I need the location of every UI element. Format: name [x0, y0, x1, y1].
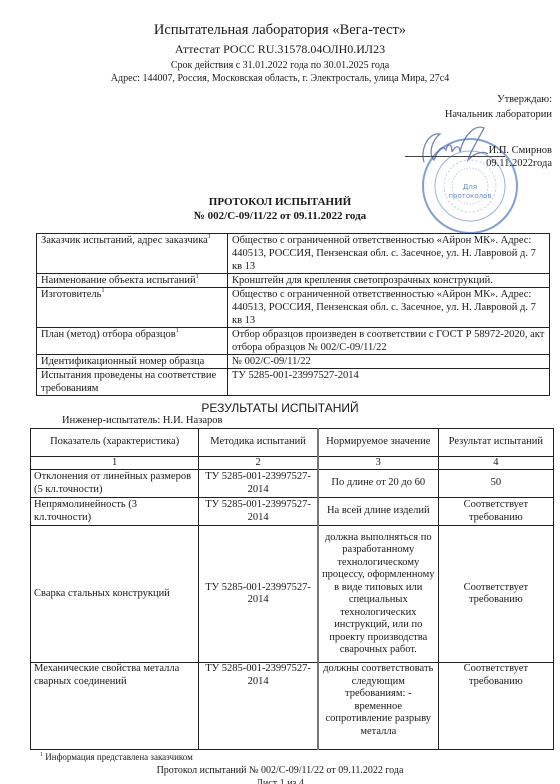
info-label: Идентификационный номер образца: [37, 355, 228, 369]
cell-result: Соответствует требованию: [438, 526, 553, 663]
info-row: План (метод) отбора образцов1Отбор образ…: [37, 328, 550, 355]
column-number: 3: [318, 457, 438, 470]
cell-indicator: Отклонения от линейных размеров (5 кл.то…: [31, 470, 199, 498]
cell-method: ТУ 5285-001-23997527-2014: [199, 663, 318, 750]
info-row: Заказчик испытаний, адрес заказчика1Обще…: [37, 234, 550, 274]
approver-name: И.П. Смирнов: [489, 145, 552, 156]
info-value: ТУ 5285-001-23997527-2014: [228, 369, 550, 396]
header-norm: Нормируемое значение: [318, 429, 438, 457]
info-value: № 002/С-09/11/22: [228, 355, 550, 369]
cell-method: ТУ 5285-001-23997527-2014: [199, 526, 318, 663]
info-value: Общество с ограниченной ответственностью…: [228, 234, 550, 274]
column-numbers-row: 1 2 3 4: [31, 457, 554, 470]
info-label-text: План (метод) отбора образцов: [41, 329, 176, 340]
header-indicator: Показатель (характеристика): [31, 429, 199, 457]
info-label: Изготовитель1: [37, 288, 228, 328]
cell-norm: должна выполняться по разработанному тех…: [318, 526, 438, 663]
info-label: Наименование объекта испытаний1: [37, 274, 228, 288]
attestat-number: Аттестат РОСС RU.31578.04ОЛН0.ИЛ23: [0, 42, 560, 57]
protocol-title: ПРОТОКОЛ ИСПЫТАНИЙ: [0, 196, 560, 208]
footnote-mark: 1: [208, 234, 211, 240]
cell-method: ТУ 5285-001-23997527-2014: [199, 470, 318, 498]
cell-indicator: Механические свойства металла сварных со…: [31, 663, 199, 750]
cell-indicator: Сварка стальных конструкций: [31, 526, 199, 663]
protocol-number: № 002/С-09/11/22 от 09.11.2022 года: [0, 210, 560, 222]
header-method: Методика испытаний: [199, 429, 318, 457]
cell-norm: На всей длине изделий: [318, 498, 438, 526]
approval-date: 09.11.2022года: [486, 158, 552, 169]
info-label-text: Испытания проведены на соответствие треб…: [41, 370, 216, 394]
page-number: Лист 1 из 4: [0, 778, 560, 784]
approval-label: Утверждаю:: [497, 94, 552, 105]
svg-text:Для: Для: [463, 183, 477, 191]
info-row: Наименование объекта испытаний1Кронштейн…: [37, 274, 550, 288]
table-row: Механические свойства металла сварных со…: [31, 663, 554, 750]
cell-result: Соответствует требованию: [438, 663, 553, 750]
info-value: Кронштейн для крепления светопрозрачных …: [228, 274, 550, 288]
table-header-row: Показатель (характеристика) Методика исп…: [31, 429, 554, 457]
info-label: План (метод) отбора образцов1: [37, 328, 228, 355]
info-label-text: Наименование объекта испытаний: [41, 275, 196, 286]
info-value: Отбор образцов произведен в соответствии…: [228, 328, 550, 355]
column-number: 1: [31, 457, 199, 470]
footnote-mark: 1: [40, 752, 43, 758]
column-number: 4: [438, 457, 553, 470]
engineer-name: Инженер-испытатель: Н.И. Назаров: [62, 415, 222, 426]
cell-result: Соответствует требованию: [438, 498, 553, 526]
info-label: Испытания проведены на соответствие треб…: [37, 369, 228, 396]
signature-line: [405, 156, 505, 157]
header-result: Результат испытаний: [438, 429, 553, 457]
info-table: Заказчик испытаний, адрес заказчика1Обще…: [36, 233, 550, 396]
lab-name: Испытательная лаборатория «Вега-тест»: [0, 22, 560, 39]
column-number: 2: [199, 457, 318, 470]
table-row: Сварка стальных конструкцийТУ 5285-001-2…: [31, 526, 554, 663]
cell-norm: По длине от 20 до 60: [318, 470, 438, 498]
footnote-text: Информация представлена заказчиком: [45, 752, 193, 762]
footnote: 1 Информация представлена заказчиком: [40, 752, 193, 762]
cell-method: ТУ 5285-001-23997527-2014: [199, 498, 318, 526]
results-title: РЕЗУЛЬТАТЫ ИСПЫТАНИЙ: [0, 401, 560, 415]
footnote-divider: [40, 749, 170, 750]
cell-norm: должны соответствовать следующим требова…: [318, 663, 438, 750]
approver-role: Начальник лаборатории: [445, 109, 552, 120]
info-label-text: Заказчик испытаний, адрес заказчика: [41, 235, 208, 246]
info-label-text: Идентификационный номер образца: [41, 356, 204, 367]
info-value: Общество с ограниченной ответственностью…: [228, 288, 550, 328]
cell-indicator: Непрямолинейность (3 кл.точности): [31, 498, 199, 526]
footnote-mark: 1: [196, 274, 199, 280]
results-table: Показатель (характеристика) Методика исп…: [30, 428, 554, 750]
info-row: Испытания проведены на соответствие треб…: [37, 369, 550, 396]
table-row: Отклонения от линейных размеров (5 кл.то…: [31, 470, 554, 498]
info-row: Изготовитель1Общество с ограниченной отв…: [37, 288, 550, 328]
footnote-mark: 1: [176, 328, 179, 334]
info-label-text: Изготовитель: [41, 289, 101, 300]
lab-address: Адрес: 144007, Россия, Московская област…: [0, 73, 560, 84]
cell-result: 50: [438, 470, 553, 498]
footer-protocol-ref: Протокол испытаний № 002/С-09/11/22 от 0…: [0, 765, 560, 776]
validity-period: Срок действия с 31.01.2022 года по 30.01…: [0, 60, 560, 71]
info-row: Идентификационный номер образца№ 002/С-0…: [37, 355, 550, 369]
info-label: Заказчик испытаний, адрес заказчика1: [37, 234, 228, 274]
footnote-mark: 1: [101, 288, 104, 294]
table-row: Непрямолинейность (3 кл.точности)ТУ 5285…: [31, 498, 554, 526]
